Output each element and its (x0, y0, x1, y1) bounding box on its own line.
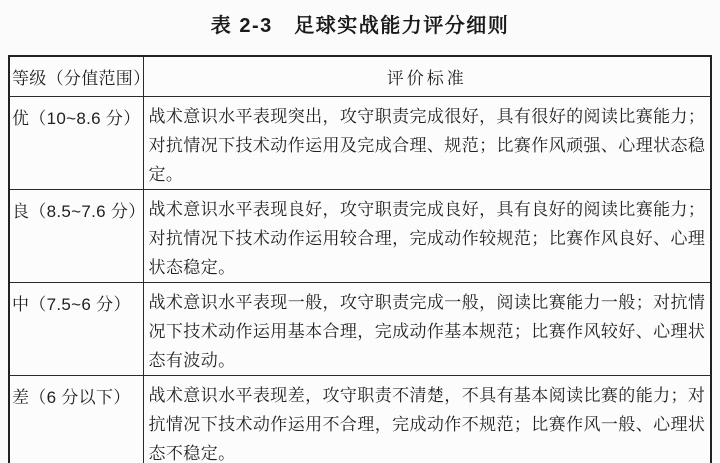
criteria-text-excellent: 战术意识水平表现突出，攻守职责完成很好，具有很好的阅读比赛能力；对抗情况下技术动… (143, 96, 711, 189)
table-header-row: 等级（分值范围） 评价标准 (9, 56, 711, 96)
grade-label-average: 中（7.5~6 分） (9, 282, 143, 375)
criteria-text-average: 战术意识水平表现一般，攻守职责完成一般，阅读比赛能力一般；对抗情况下技术动作运用… (143, 282, 711, 375)
grade-column-header: 等级（分值范围） (9, 56, 143, 96)
criteria-text-poor: 战术意识水平表现差，攻守职责不清楚，不具有基本阅读比赛的能力；对抗情况下技术动作… (143, 375, 711, 463)
grading-table: 等级（分值范围） 评价标准 优（10~8.6 分） 战术意识水平表现突出，攻守职… (8, 55, 712, 463)
table-row-excellent: 优（10~8.6 分） 战术意识水平表现突出，攻守职责完成很好，具有很好的阅读比… (9, 96, 711, 189)
criteria-text-good: 战术意识水平表现良好，攻守职责完成良好，具有良好的阅读比赛能力；对抗情况下技术动… (143, 189, 711, 282)
criteria-column-header: 评价标准 (143, 56, 711, 96)
grade-label-excellent: 优（10~8.6 分） (9, 96, 143, 189)
table-row-good: 良（8.5~7.6 分） 战术意识水平表现良好，攻守职责完成良好，具有良好的阅读… (9, 189, 711, 282)
table-caption: 表 2-3 足球实战能力评分细则 (0, 9, 720, 38)
grade-label-good: 良（8.5~7.6 分） (9, 189, 143, 282)
table-row-poor: 差（6 分以下） 战术意识水平表现差，攻守职责不清楚，不具有基本阅读比赛的能力；… (9, 375, 711, 463)
grade-label-poor: 差（6 分以下） (9, 375, 143, 463)
table-row-average: 中（7.5~6 分） 战术意识水平表现一般，攻守职责完成一般，阅读比赛能力一般；… (9, 282, 711, 375)
